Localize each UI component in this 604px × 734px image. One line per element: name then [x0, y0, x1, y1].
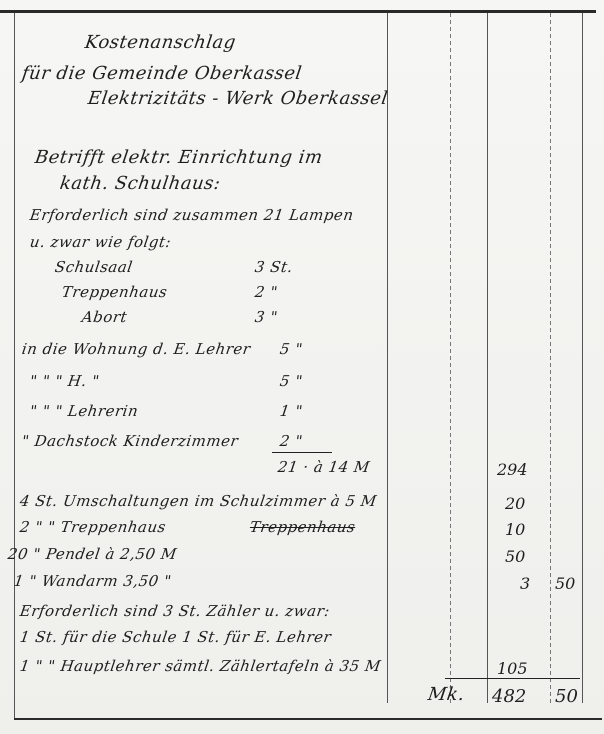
lamp-row-qty: 5 " — [279, 340, 304, 358]
cost-row-text: 2 " " Treppenhaus — [19, 518, 167, 536]
struck-text: Treppenhaus — [249, 518, 357, 536]
document-title: Kostenanschlag — [84, 32, 238, 53]
cost-row-amount: 50 — [505, 547, 525, 566]
column-divider — [582, 13, 583, 703]
total-currency: Mk. — [427, 684, 467, 705]
subtotal-underline — [272, 452, 332, 453]
cost-row-text: 1 " Wandarm 3,50 " — [13, 572, 173, 590]
extra-line: 1 " " Hauptlehrer sämtl. Zählertafeln à … — [19, 657, 382, 675]
lamp-row-label: " " " H. " — [29, 372, 101, 390]
lamp-row-label: " " " Lehrerin — [29, 402, 140, 420]
header-line: Elektrizitäts - Werk Oberkassel — [87, 88, 390, 109]
lamp-row-label: Treppenhaus — [61, 283, 169, 301]
lamp-row-label: in die Wohnung d. E. Lehrer — [21, 340, 252, 358]
cost-row-amount: 20 — [505, 494, 525, 513]
lamp-total-text: 21 · à 14 M — [277, 458, 371, 476]
intro-line: Erforderlich sind zusammen 21 Lampen — [29, 206, 355, 224]
top-rule — [0, 10, 596, 13]
intro-line: u. zwar wie folgt: — [29, 233, 173, 251]
cost-row-amount: 3 — [520, 574, 530, 593]
grand-total-cents: 50 — [555, 686, 578, 707]
bottom-rule — [14, 718, 602, 720]
column-divider-dashed — [450, 13, 451, 703]
column-divider — [487, 13, 488, 703]
lamp-row-label: Schulsaal — [54, 258, 134, 276]
scanned-document: Kostenanschlag für die Gemeinde Oberkass… — [0, 0, 604, 734]
extra-line: Erforderlich sind 3 St. Zähler u. zwar: — [19, 602, 331, 620]
header-line: für die Gemeinde Oberkassel — [21, 63, 304, 84]
lamp-row-qty: 2 " — [254, 283, 279, 301]
lamp-row-label: " Dachstock Kinderzimmer — [21, 432, 240, 450]
grand-total-amount: 482 — [492, 686, 526, 707]
extra-line: 1 St. für die Schule 1 St. für E. Lehrer — [19, 628, 333, 646]
cost-row-amount: 10 — [505, 520, 525, 539]
lamp-row-qty: 5 " — [279, 372, 304, 390]
extra-amount: 105 — [497, 659, 528, 678]
subject-line: Betrifft elektr. Einrichtung im — [34, 147, 324, 168]
cost-row-cents: 50 — [555, 574, 575, 593]
cost-row-text: 4 St. Umschaltungen im Schulzimmer à 5 M — [19, 492, 378, 510]
lamp-total-amount: 294 — [497, 460, 528, 479]
lamp-row-qty: 1 " — [279, 402, 304, 420]
cost-row-text: 20 " Pendel à 2,50 M — [7, 545, 178, 563]
lamp-row-qty: 3 " — [254, 308, 279, 326]
left-margin-line — [14, 13, 15, 718]
column-divider — [387, 13, 388, 703]
total-underline — [445, 678, 580, 679]
column-divider-dashed — [550, 13, 551, 703]
lamp-row-label: Abort — [81, 308, 129, 326]
lamp-row-qty: 3 St. — [254, 258, 294, 276]
subject-line: kath. Schulhaus: — [59, 173, 222, 194]
lamp-row-qty: 2 " — [279, 432, 304, 450]
